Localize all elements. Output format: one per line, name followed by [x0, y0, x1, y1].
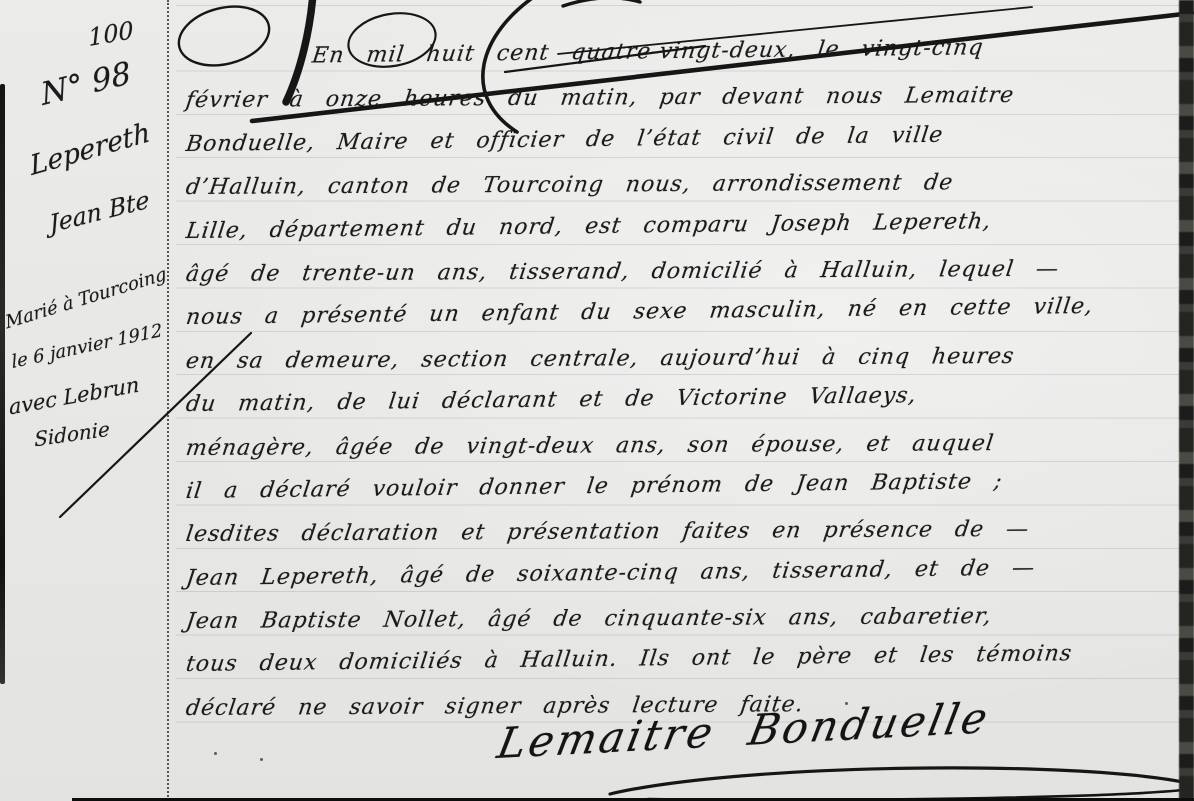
marriage-note-line-4: Sidonie: [34, 417, 110, 452]
marriage-note-line-3: avec Lebrun: [8, 372, 140, 419]
body-line: tous deux domiciliés à Halluin. Ils ont …: [183, 632, 1096, 686]
marriage-note-line-2: le 6 janvier 1912: [11, 320, 164, 373]
dotted-margin-rule: [167, 0, 169, 801]
signature-flourish-top: [610, 768, 1188, 794]
ink-speck: [260, 758, 263, 761]
page-binding-edge: [1179, 0, 1194, 801]
margin-given-name: Jean Bte: [48, 186, 151, 239]
ink-speck: [214, 752, 217, 755]
act-body: En mil huit cent quatre-vingt-deux, le v…: [186, 36, 1092, 730]
page-number: 100: [87, 16, 134, 52]
body-line: nous a présenté un enfant du sexe mascul…: [183, 285, 1096, 339]
scan-left-edge: [0, 84, 5, 684]
scanned-birth-record: 100 N° 98 Lepereth Jean Bte Marié à Tour…: [0, 0, 1194, 801]
margin-surname: Lepereth: [28, 117, 152, 182]
ink-speck: [845, 702, 848, 705]
act-number: N° 98: [39, 55, 133, 113]
